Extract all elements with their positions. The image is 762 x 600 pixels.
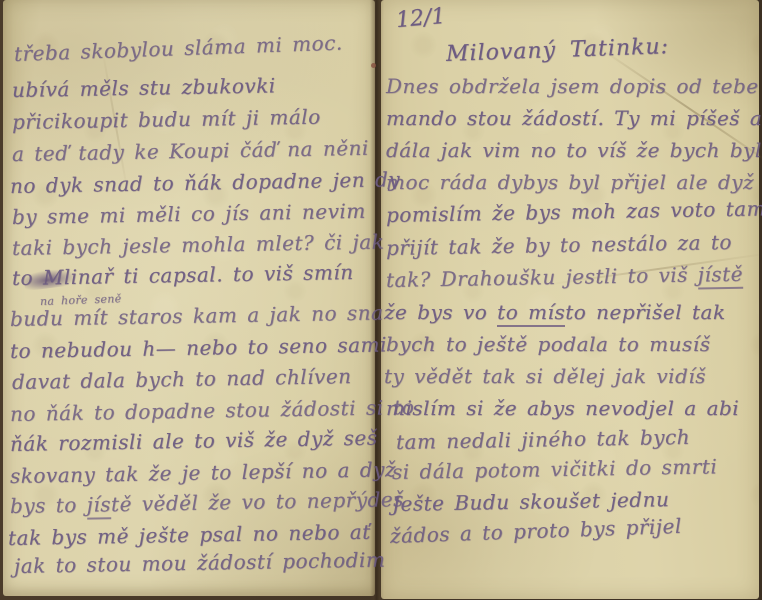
handwriting-line: přijít tak že by to nestálo za to [386, 232, 732, 258]
handwriting-line: skovany tak že je to lepší no a dyž [10, 459, 396, 486]
handwriting-line: tam nedali jiného tak bych [396, 427, 690, 452]
date-annotation: 12/1 [395, 4, 446, 33]
handwriting-line: no ňák to dopadne stou žádosti si to [10, 397, 415, 424]
letter-scan: 12/1 Milovaný Tatinku: třeba skobylou sl… [0, 0, 762, 600]
handwriting-line: davat dala bych to nad chlíven [12, 366, 352, 392]
letter-salutation: Milovaný Tatinku: [446, 34, 670, 67]
handwriting-line: dála jak vim no to víš že bych byla [386, 140, 762, 160]
handwriting-line: no dyk snad to ňák dopadne jen dy [10, 169, 400, 196]
handwriting-line: žádos a to proto bys přijel [390, 516, 682, 546]
handwriting-line: ty vědět tak si dělej jak vidíš [384, 366, 706, 386]
handwriting-line: ubívá měls stu zbukovki [12, 75, 276, 100]
handwriting-line: mando stou žádostí. Ty mi píšeš abych [386, 108, 762, 128]
handwriting-line: si dála potom vičitki do smrti [392, 456, 718, 482]
handwriting-line: a teď tady ke Koupi čáď na něni [12, 138, 369, 164]
handwriting-line: taki bych jesle mohla mlet? či jak [12, 232, 385, 258]
handwriting-line: budu mít staros kam a jak no sna [10, 302, 384, 329]
handwriting-layer: 12/1 Milovaný Tatinku: třeba skobylou sl… [0, 0, 762, 600]
handwriting-line: to nebudou h— nebo to seno sami [10, 334, 387, 361]
handwriting-line: mislím si že abys nevodjel a abi [386, 398, 739, 418]
handwriting-line: Ješte Budu skoušet jednu [392, 489, 670, 514]
handwriting-line: pomislím že bys moh zas voto tam [386, 198, 762, 225]
handwriting-line: tak? Drahoušku jestli to viš jístě [386, 264, 743, 290]
handwriting-line: Dnes obdržela jsem dopis od tebe reko [386, 76, 762, 96]
handwriting-line: bych to ještě podala to musíš [386, 334, 710, 354]
handwriting-line: ňák rozmisli ale to viš že dyž seš [10, 428, 378, 454]
handwriting-line: by sme mi měli co jís ani nevim [12, 201, 366, 227]
handwriting-line: jak to stou mou žádostí pochodim [14, 550, 386, 576]
handwriting-line: že bys vo to místo nepřišel tak [384, 302, 726, 322]
underlined-word: jístě [698, 262, 744, 290]
handwriting-line: tak bys mě ješte psal no nebo ať [8, 522, 371, 548]
handwriting-line: bys to jístě věděl že vo to nepřýdeš [10, 489, 404, 516]
handwriting-line: moc ráda dybys byl přijel ale dyž se [386, 172, 762, 192]
underlined-word: jís [86, 492, 111, 519]
handwriting-line: přicikoupit budu mít ji málo [12, 107, 321, 132]
handwriting-line: třeba skobylou sláma mi moc. [14, 33, 343, 64]
underlined-word: to mís [497, 300, 565, 327]
handwriting-line: to Mlinař ti capsal. to viš smín [12, 262, 354, 288]
